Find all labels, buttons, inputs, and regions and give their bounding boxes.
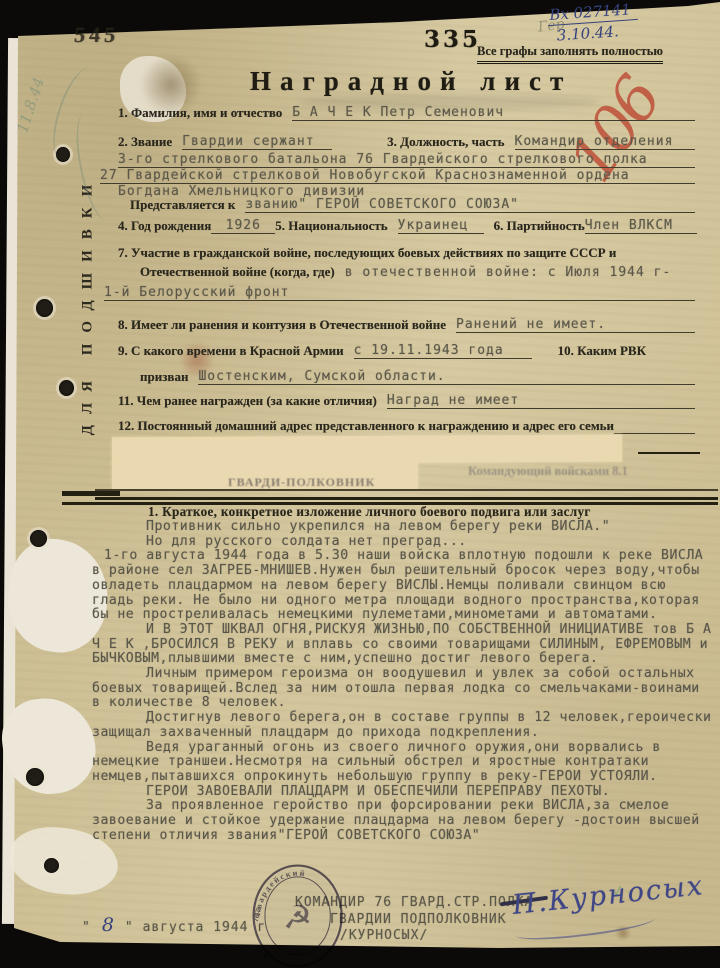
bleedthrough-text: ГВАРДИ-ПОЛКОВНИК bbox=[228, 475, 375, 490]
field-value-position: Командир отделения bbox=[515, 134, 695, 150]
scanned-award-document: { "meta": { "page_stamp": "545", "sheet_… bbox=[0, 0, 720, 968]
punch-hole bbox=[59, 380, 74, 396]
ruled-line bbox=[95, 497, 718, 500]
field-label-birth-year: 4. Год рождения bbox=[118, 218, 211, 234]
citation-text: Противник сильно укрепился на левом бере… bbox=[92, 520, 712, 843]
form-row-9-10: 9. С какого времени в Красной Армии с 19… bbox=[118, 343, 695, 359]
field-value-wounds: Ранений не имеет. bbox=[456, 317, 695, 333]
ruled-line bbox=[638, 452, 700, 454]
field-label-participation-2: Отечественной войне (когда, где) bbox=[140, 264, 335, 280]
punch-hole bbox=[30, 530, 47, 547]
field-value-participation-2: 1-й Белорусский фронт bbox=[104, 285, 695, 301]
ruled-line bbox=[95, 489, 718, 491]
form-row-12: 12. Постоянный домашний адрес представле… bbox=[118, 418, 695, 434]
form-row-unit-1: 3-го стрелкового батальона 76 Гвардейско… bbox=[118, 152, 695, 168]
form-row-2-3: 2. Звание Гвардии сержант 3. Должность, … bbox=[118, 134, 695, 150]
field-value-party: Член ВЛКСМ bbox=[585, 218, 697, 234]
field-label-home-address: 12. Постоянный домашний адрес представле… bbox=[118, 418, 614, 434]
form-row-unit-2: 27 Гвардейской стрелковой Новобугской Кр… bbox=[100, 168, 695, 184]
field-value-participation: в отечественной войне: с Июля 1944 г- bbox=[345, 265, 695, 280]
form-row-8: 8. Имеет ли ранения и контузия в Отечест… bbox=[118, 317, 695, 333]
presented-value: званию" ГЕРОЙ СОВЕТСКОГО СОЮЗА" bbox=[245, 197, 695, 213]
field-value-rvk: Шостенским, Сумской области. bbox=[198, 369, 695, 385]
field-value-rank: Гвардии сержант bbox=[182, 134, 332, 150]
field-value-birth-year: 1926 bbox=[211, 218, 275, 234]
field-label-nationality: 5. Национальность bbox=[275, 218, 387, 234]
stamp-star-icon: ★ bbox=[261, 951, 269, 961]
field-label-service-since: 9. С какого времени в Красной Армии bbox=[118, 343, 344, 359]
date-day-handwritten: 8 bbox=[95, 914, 121, 936]
citation-paragraph: И В ЭТОТ ШКВАЛ ОГНЯ,РИСКУЯ ЖИЗНЬЮ,ПО СОБ… bbox=[92, 623, 712, 667]
presented-label: Представляется к bbox=[130, 197, 235, 213]
citation-paragraph: Достигнув левого берега,он в составе гру… bbox=[92, 711, 712, 740]
field-label-party: 6. Партийность bbox=[494, 218, 585, 234]
field-label-name: 1. Фамилия, имя и отчество bbox=[118, 105, 282, 121]
form-row-presented: Представляется к званию" ГЕРОЙ СОВЕТСКОГ… bbox=[130, 197, 695, 213]
field-label-rvk: 10. Каким РВК bbox=[558, 343, 646, 359]
unit-line-1: 3-го стрелкового батальона 76 Гвардейско… bbox=[118, 152, 695, 168]
form-row-4-5-6: 4. Год рождения 1926 5. Национальность У… bbox=[118, 218, 697, 234]
punch-hole bbox=[26, 768, 44, 786]
redacted-address-block bbox=[112, 435, 622, 465]
field-label-rank: 2. Звание bbox=[118, 134, 172, 150]
form-row-1: 1. Фамилия, имя и отчество Б А Ч Е К Пет… bbox=[118, 105, 695, 121]
punch-hole bbox=[44, 858, 59, 873]
form-row-7c: 1-й Белорусский фронт bbox=[104, 285, 695, 301]
sheet-number-stamp: 335 bbox=[424, 26, 481, 53]
bleedthrough-text: Командующий войсками 8.1 bbox=[468, 464, 628, 479]
form-row-7b: Отечественной войне (когда, где) в отече… bbox=[140, 264, 695, 280]
document-title: Наградной лист bbox=[250, 66, 572, 97]
fill-all-note: Все графы заполнять полностью bbox=[477, 44, 663, 64]
field-label-participation: 7. Участие в гражданской войне, последую… bbox=[118, 245, 616, 261]
citation-paragraph: Противник сильно укрепился на левом бере… bbox=[92, 520, 712, 535]
page-number-stamp: 545 bbox=[73, 22, 120, 48]
form-row-7: 7. Участие в гражданской войне, последую… bbox=[118, 245, 695, 261]
citation-paragraph: Личным примером героизма он воодушевил и… bbox=[92, 667, 712, 711]
citation-paragraph: За проявленное геройство при форсировани… bbox=[92, 799, 712, 843]
field-value-prior-awards: Наград не имеет bbox=[387, 393, 695, 409]
section-title: 1. Краткое, конкретное изложение личного… bbox=[148, 504, 591, 520]
field-label-position: 3. Должность, часть bbox=[387, 134, 504, 150]
unit-line-2: 27 Гвардейской стрелковой Новобугской Кр… bbox=[100, 168, 695, 184]
ink-bar bbox=[62, 491, 120, 496]
field-value-name: Б А Ч Е К Петр Семенович bbox=[292, 105, 695, 121]
date-open-quote: " bbox=[82, 920, 91, 935]
form-row-10b: призван Шостенским, Сумской области. bbox=[140, 369, 695, 385]
field-value-nationality: Украинец bbox=[398, 218, 484, 234]
field-value-service-since: с 19.11.1943 года bbox=[354, 343, 532, 359]
form-row-11: 11. Чем ранее награжден (за какие отличи… bbox=[118, 393, 695, 409]
field-label-prior-awards: 11. Чем ранее награжден (за какие отличи… bbox=[118, 393, 377, 409]
citation-paragraph: Ведя ураганный огонь из своего личного о… bbox=[92, 741, 712, 785]
citation-paragraph: 1-го августа 1944 года в 5.30 наши войск… bbox=[92, 549, 712, 623]
field-label-wounds: 8. Имеет ли ранения и контузия в Отечест… bbox=[118, 317, 446, 333]
field-label-rvk-2: призван bbox=[140, 369, 188, 385]
round-stamp: Гвардейский 76-й ☭ ★ bbox=[220, 858, 374, 968]
